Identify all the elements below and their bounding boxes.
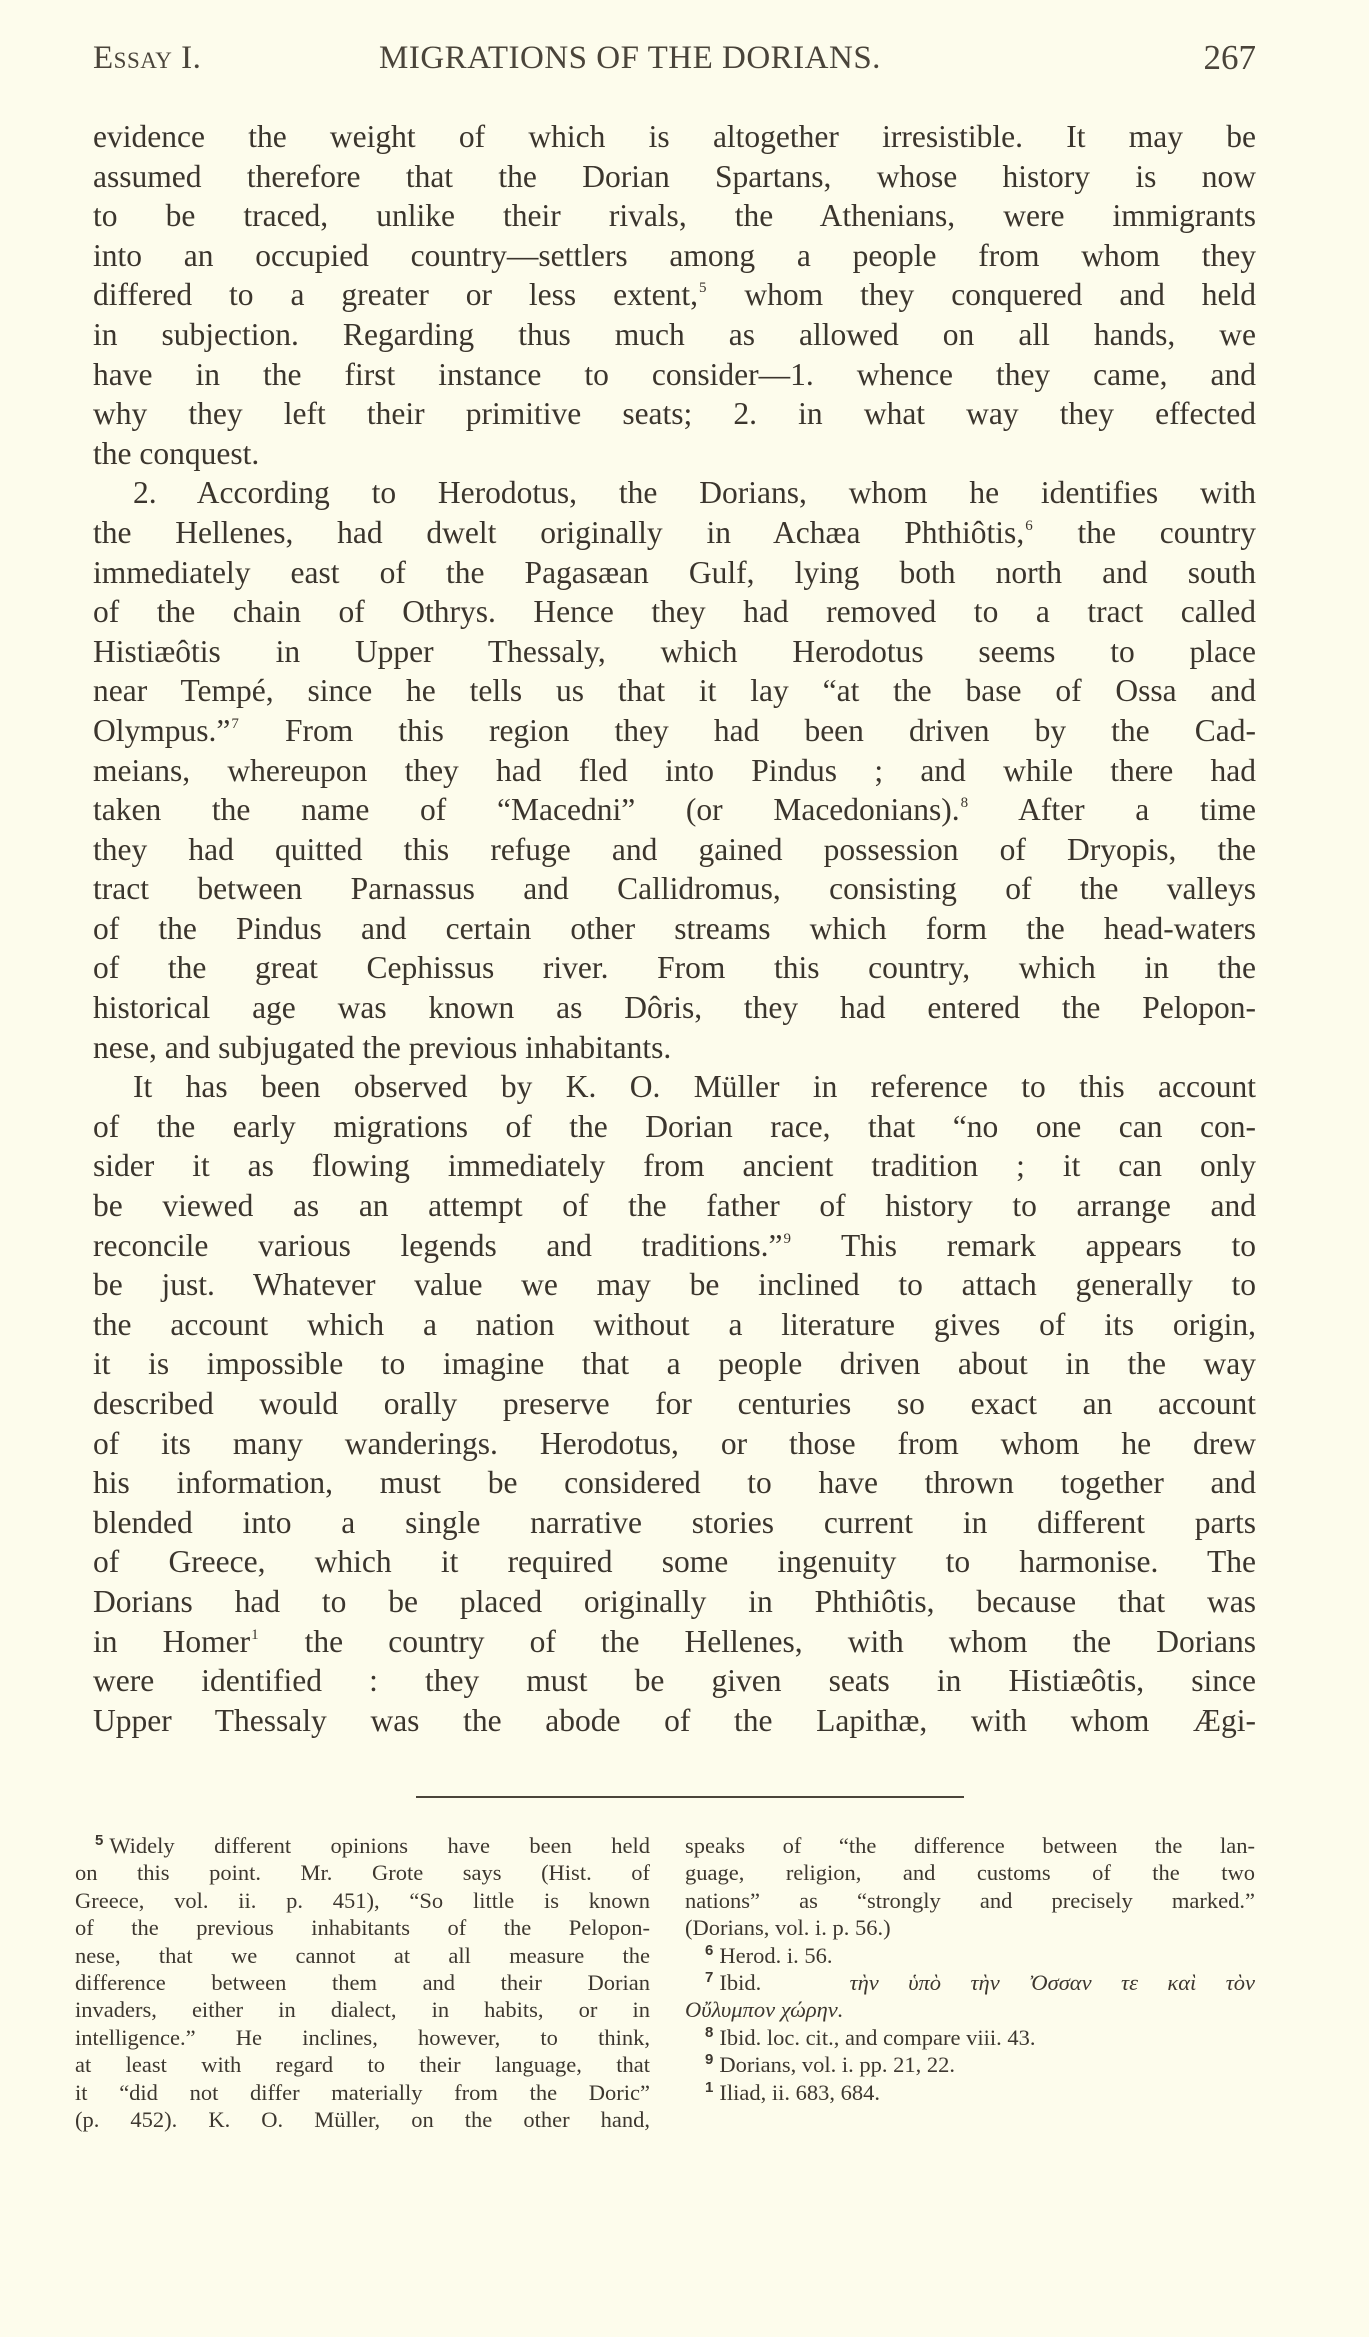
footnote-7: 7Ibid. τὴν ὑπὸ τὴν Ὀσσαν τε καὶ τὸν	[685, 1969, 1255, 1996]
footnote-line: (p. 452). K. O. Müller, on the other han…	[75, 2106, 650, 2133]
footnote-number: 5	[95, 1832, 103, 1849]
paragraph-2-start: 2. According to Herodotus, the Dorians, …	[93, 473, 1256, 513]
text-line: of the chain of Othrys. Hence they had r…	[93, 592, 1256, 632]
text-line: Histiæôtis in Upper Thessaly, which Hero…	[93, 632, 1256, 672]
footnote-line: Greece, vol. ii. p. 451), “So little is …	[75, 1887, 650, 1914]
footnote-ref-9[interactable]: 9	[783, 1231, 791, 1247]
text-line: differed to a greater or less extent,5 w…	[93, 275, 1256, 315]
footnote-9: 9Dorians, vol. i. pp. 21, 22.	[685, 2051, 1255, 2078]
footnote-ref-5[interactable]: 5	[699, 280, 707, 296]
text-line: be viewed as an attempt of the father of…	[93, 1186, 1256, 1226]
greek-quotation: τὴν ὑπὸ τὴν Ὀσσαν τε καὶ τὸν	[850, 1970, 1255, 1995]
footnote-line: of the previous inhabitants of the Pelop…	[75, 1914, 650, 1941]
body-text: evidence the weight of which is altogeth…	[93, 117, 1256, 1740]
running-head: Essay I. MIGRATIONS OF THE DORIANS. 267	[93, 38, 1256, 78]
footnote-line: guage, religion, and customs of the two	[685, 1859, 1255, 1886]
book-page: Essay I. MIGRATIONS OF THE DORIANS. 267 …	[0, 0, 1369, 2337]
text-line: of Greece, which it required some ingenu…	[93, 1542, 1256, 1582]
text-line: Dorians had to be placed originally in P…	[93, 1582, 1256, 1622]
text-line: why they left their primitive seats; 2. …	[93, 394, 1256, 434]
footnote-number: 9	[705, 2051, 713, 2068]
text-line: meians, whereupon they had fled into Pin…	[93, 751, 1256, 791]
text-line: nese, and subjugated the previous inhabi…	[93, 1028, 1256, 1068]
text-line: in subjection. Regarding thus much as al…	[93, 315, 1256, 355]
text-line: described would orally preserve for cent…	[93, 1384, 1256, 1424]
footnote-number: 7	[705, 1969, 713, 1986]
footnote-number: 6	[705, 1942, 713, 1959]
footnote-line: invaders, either in dialect, in habits, …	[75, 1996, 650, 2023]
footnote-line: nese, that we cannot at all measure the	[75, 1942, 650, 1969]
text-line: the Hellenes, had dwelt originally in Ac…	[93, 513, 1256, 553]
text-line: sider it as flowing immediately from anc…	[93, 1146, 1256, 1186]
text-line: of the Pindus and certain other streams …	[93, 909, 1256, 949]
text-line: into an occupied country—settlers among …	[93, 236, 1256, 276]
text-line: it is impossible to imagine that a peopl…	[93, 1344, 1256, 1384]
footnote-number: 8	[705, 2024, 713, 2041]
text-line: Olympus.”7 From this region they had bee…	[93, 711, 1256, 751]
text-line: to be traced, unlike their rivals, the A…	[93, 196, 1256, 236]
footnote-line: nations” as “strongly and precisely mark…	[685, 1887, 1255, 1914]
footnote-5: 5Widely different opinions have been hel…	[75, 1832, 650, 1859]
footnote-line: (Dorians, vol. i. p. 56.)	[685, 1914, 1255, 1941]
text-line: reconcile various legends and traditions…	[93, 1226, 1256, 1266]
footnote-ref-8[interactable]: 8	[961, 795, 969, 811]
footnote-line: on this point. Mr. Grote says (Hist. of	[75, 1859, 650, 1886]
text-line: Upper Thessaly was the abode of the Lapi…	[93, 1701, 1256, 1741]
page-number: 267	[1204, 38, 1257, 78]
footnote-number: 1	[705, 2079, 713, 2096]
text-line: his information, must be considered to h…	[93, 1463, 1256, 1503]
footnote-separator-rule	[416, 1796, 964, 1798]
footnote-line: it “did not differ materially from the D…	[75, 2079, 650, 2106]
text-line: the conquest.	[93, 434, 1256, 474]
footnote-1: 1Iliad, ii. 683, 684.	[685, 2079, 1255, 2106]
footnote-6: 6Herod. i. 56.	[685, 1942, 1255, 1969]
essay-label: Essay I.	[93, 38, 201, 78]
footnote-line: at least with regard to their language, …	[75, 2051, 650, 2078]
text-line: evidence the weight of which is altogeth…	[93, 117, 1256, 157]
text-line: assumed therefore that the Dorian Sparta…	[93, 157, 1256, 197]
footnotes-right-column: speaks of “the difference between the la…	[685, 1832, 1255, 2106]
text-line: of the early migrations of the Dorian ra…	[93, 1107, 1256, 1147]
chapter-title: MIGRATIONS OF THE DORIANS.	[379, 38, 881, 78]
text-line: near Tempé, since he tells us that it la…	[93, 671, 1256, 711]
footnote-line: speaks of “the difference between the la…	[685, 1832, 1255, 1859]
greek-quotation: Οὔλυμπον χώρην.	[685, 1996, 1255, 2023]
text-line: blended into a single narrative stories …	[93, 1503, 1256, 1543]
text-line: of the great Cephissus river. From this …	[93, 948, 1256, 988]
footnotes-left-column: 5Widely different opinions have been hel…	[75, 1832, 650, 2133]
text-line: the account which a nation without a lit…	[93, 1305, 1256, 1345]
footnote-8: 8Ibid. loc. cit., and compare viii. 43.	[685, 2024, 1255, 2051]
text-line: of its many wanderings. Herodotus, or th…	[93, 1424, 1256, 1464]
text-line: in Homer1 the country of the Hellenes, w…	[93, 1622, 1256, 1662]
footnote-line: difference between them and their Dorian	[75, 1969, 650, 1996]
text-line: they had quitted this refuge and gained …	[93, 830, 1256, 870]
footnote-ref-7[interactable]: 7	[231, 716, 239, 732]
text-line: tract between Parnassus and Callidromus,…	[93, 869, 1256, 909]
text-line: be just. Whatever value we may be inclin…	[93, 1265, 1256, 1305]
paragraph-3-start: It has been observed by K. O. Müller in …	[93, 1067, 1256, 1107]
text-line: historical age was known as Dôris, they …	[93, 988, 1256, 1028]
footnote-line: intelligence.” He inclines, however, to …	[75, 2024, 650, 2051]
text-line: immediately east of the Pagasæan Gulf, l…	[93, 553, 1256, 593]
footnote-ref-1[interactable]: 1	[251, 1627, 259, 1643]
text-line: taken the name of “Macedni” (or Macedoni…	[93, 790, 1256, 830]
text-line: were identified : they must be given sea…	[93, 1661, 1256, 1701]
text-line: have in the first instance to consider—1…	[93, 355, 1256, 395]
footnote-ref-6[interactable]: 6	[1025, 518, 1033, 534]
